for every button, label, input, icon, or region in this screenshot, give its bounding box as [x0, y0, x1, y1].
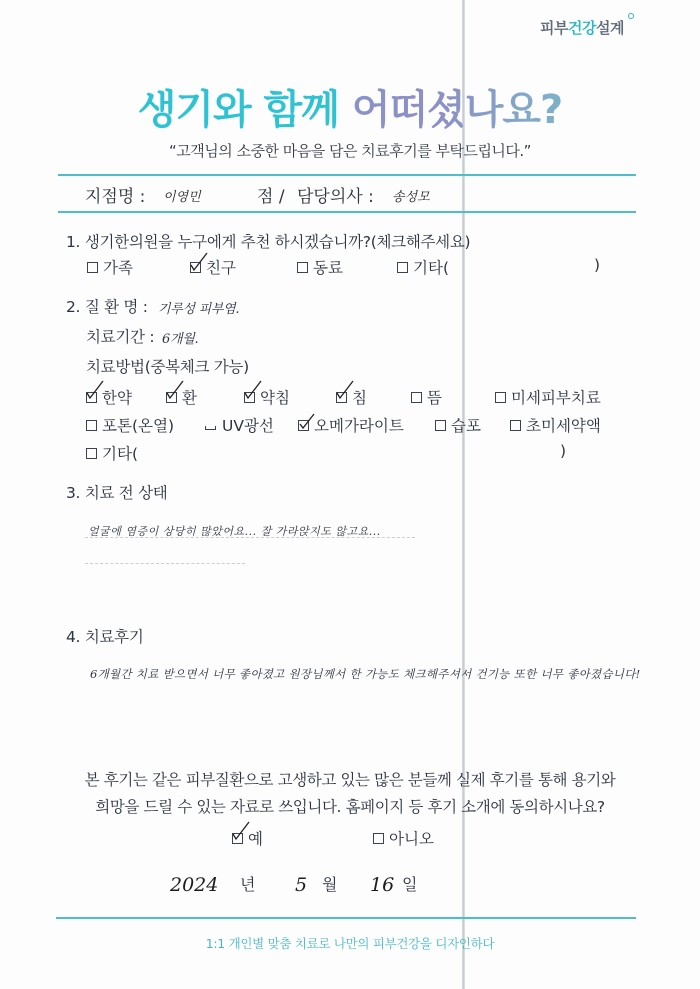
checkbox-checked-icon[interactable] [244, 392, 255, 403]
method-moxibustion[interactable]: 뜸 [411, 386, 442, 408]
title-part-1: 생기와 함께 [138, 87, 352, 133]
method-uv[interactable]: UV광선 [205, 414, 274, 436]
doctor-value[interactable]: 송성모 [392, 186, 430, 205]
consent-no[interactable]: 아니오 [373, 827, 434, 849]
method-omega-light[interactable]: 오메가라이트 [298, 414, 404, 436]
checkbox-icon[interactable] [86, 420, 97, 431]
consent-yes[interactable]: 예 [232, 827, 263, 849]
checkbox-icon[interactable] [373, 833, 384, 844]
date-month-unit: 월 [322, 872, 337, 895]
q1-other-close: ) [594, 256, 600, 274]
method-pharmacopuncture[interactable]: 약침 [244, 386, 290, 408]
checkbox-icon[interactable] [510, 420, 521, 431]
checkbox-checked-icon[interactable] [336, 392, 347, 403]
brand-dot-icon [628, 13, 634, 19]
q1-option-coworker[interactable]: 동료 [297, 256, 343, 278]
q1-option-friend[interactable]: 친구 [190, 256, 236, 278]
checkbox-icon[interactable] [205, 426, 216, 430]
method-other-close: ) [560, 442, 566, 460]
method-micro-solution[interactable]: 초미세약액 [510, 414, 601, 436]
doctor-label: 담당의사 : [297, 182, 374, 207]
footer-tagline: 1:1 개인별 맞춤 치료로 나만의 피부건강을 디자인하다 [0, 934, 700, 952]
q2-method-label: 치료방법(중복체크 가능) [86, 355, 249, 377]
checkbox-icon[interactable] [87, 262, 98, 273]
checkbox-icon[interactable] [411, 392, 422, 403]
brand-logo: 피부건강설계 [540, 17, 624, 38]
answer-line [85, 563, 245, 564]
checkbox-checked-icon[interactable] [86, 392, 97, 403]
brand-part-2: 건강 [568, 19, 596, 37]
consent-line-1: 본 후기는 같은 피부질환으로 고생하고 있는 많은 분들께 실제 후기를 통해… [0, 768, 700, 790]
date-day[interactable]: 16 [370, 874, 394, 896]
q3-question: 3. 치료 전 상태 [66, 481, 167, 503]
checkbox-checked-icon[interactable] [190, 262, 201, 273]
checkbox-checked-icon[interactable] [232, 833, 243, 844]
branch-suffix: 점 / [257, 182, 285, 207]
q2-period-value[interactable]: 6개월. [162, 328, 198, 347]
checkbox-icon[interactable] [297, 262, 308, 273]
method-herbal[interactable]: 한약 [86, 386, 132, 408]
q2-disease-value[interactable]: 기루성 피부염. [158, 298, 239, 317]
q1-option-other[interactable]: 기타( [397, 256, 449, 278]
method-pill[interactable]: 환 [166, 386, 197, 408]
checkbox-checked-icon[interactable] [298, 420, 309, 431]
date-year-unit: 년 [240, 872, 255, 895]
answer-line [85, 537, 415, 538]
checkbox-checked-icon[interactable] [166, 392, 177, 403]
page-title: 생기와 함께 어떠셨나요? [0, 78, 700, 135]
method-photon[interactable]: 포톤(온열) [86, 414, 174, 436]
q4-question: 4. 치료후기 [66, 625, 144, 647]
method-micro-skin[interactable]: 미세피부치료 [495, 386, 601, 408]
checkbox-icon[interactable] [397, 262, 408, 273]
checkbox-icon[interactable] [86, 448, 97, 459]
q2-disease-label: 2. 질 환 명 : [66, 295, 148, 317]
date-day-unit: 일 [402, 872, 417, 895]
checkbox-icon[interactable] [435, 420, 446, 431]
divider-top [58, 174, 636, 176]
method-acupuncture[interactable]: 침 [336, 386, 367, 408]
subtitle: “고객님의 소중한 마음을 담은 치료후기를 부탁드립니다.” [0, 140, 700, 161]
brand-part-1: 피부 [540, 19, 568, 37]
q2-period-label: 치료기간 : [86, 325, 154, 347]
divider-footer [56, 917, 636, 919]
branch-label: 지점명 : [85, 182, 145, 207]
checkbox-icon[interactable] [495, 392, 506, 403]
title-part-2: 어떠셨나요? [352, 87, 562, 133]
method-other[interactable]: 기타( [86, 442, 138, 464]
method-compress[interactable]: 습포 [435, 414, 481, 436]
date-month[interactable]: 5 [295, 874, 307, 896]
divider-branch [58, 211, 636, 213]
branch-value[interactable]: 이영민 [163, 186, 201, 205]
consent-line-2: 희망을 드릴 수 있는 자료로 쓰입니다. 홈페이지 등 후기 소개에 동의하시… [0, 795, 700, 817]
q1-question: 1. 생기한의원을 누구에게 추천 하시겠습니까?(체크해주세요) [66, 230, 470, 252]
q1-option-family[interactable]: 가족 [87, 256, 133, 278]
brand-part-3: 설계 [596, 19, 624, 37]
date-year[interactable]: 2024 [170, 874, 218, 896]
q4-answer[interactable]: 6개월간 치료 받으면서 너무 좋아졌고 원장님께서 한 가능도 체크해주셔서 … [90, 666, 641, 682]
